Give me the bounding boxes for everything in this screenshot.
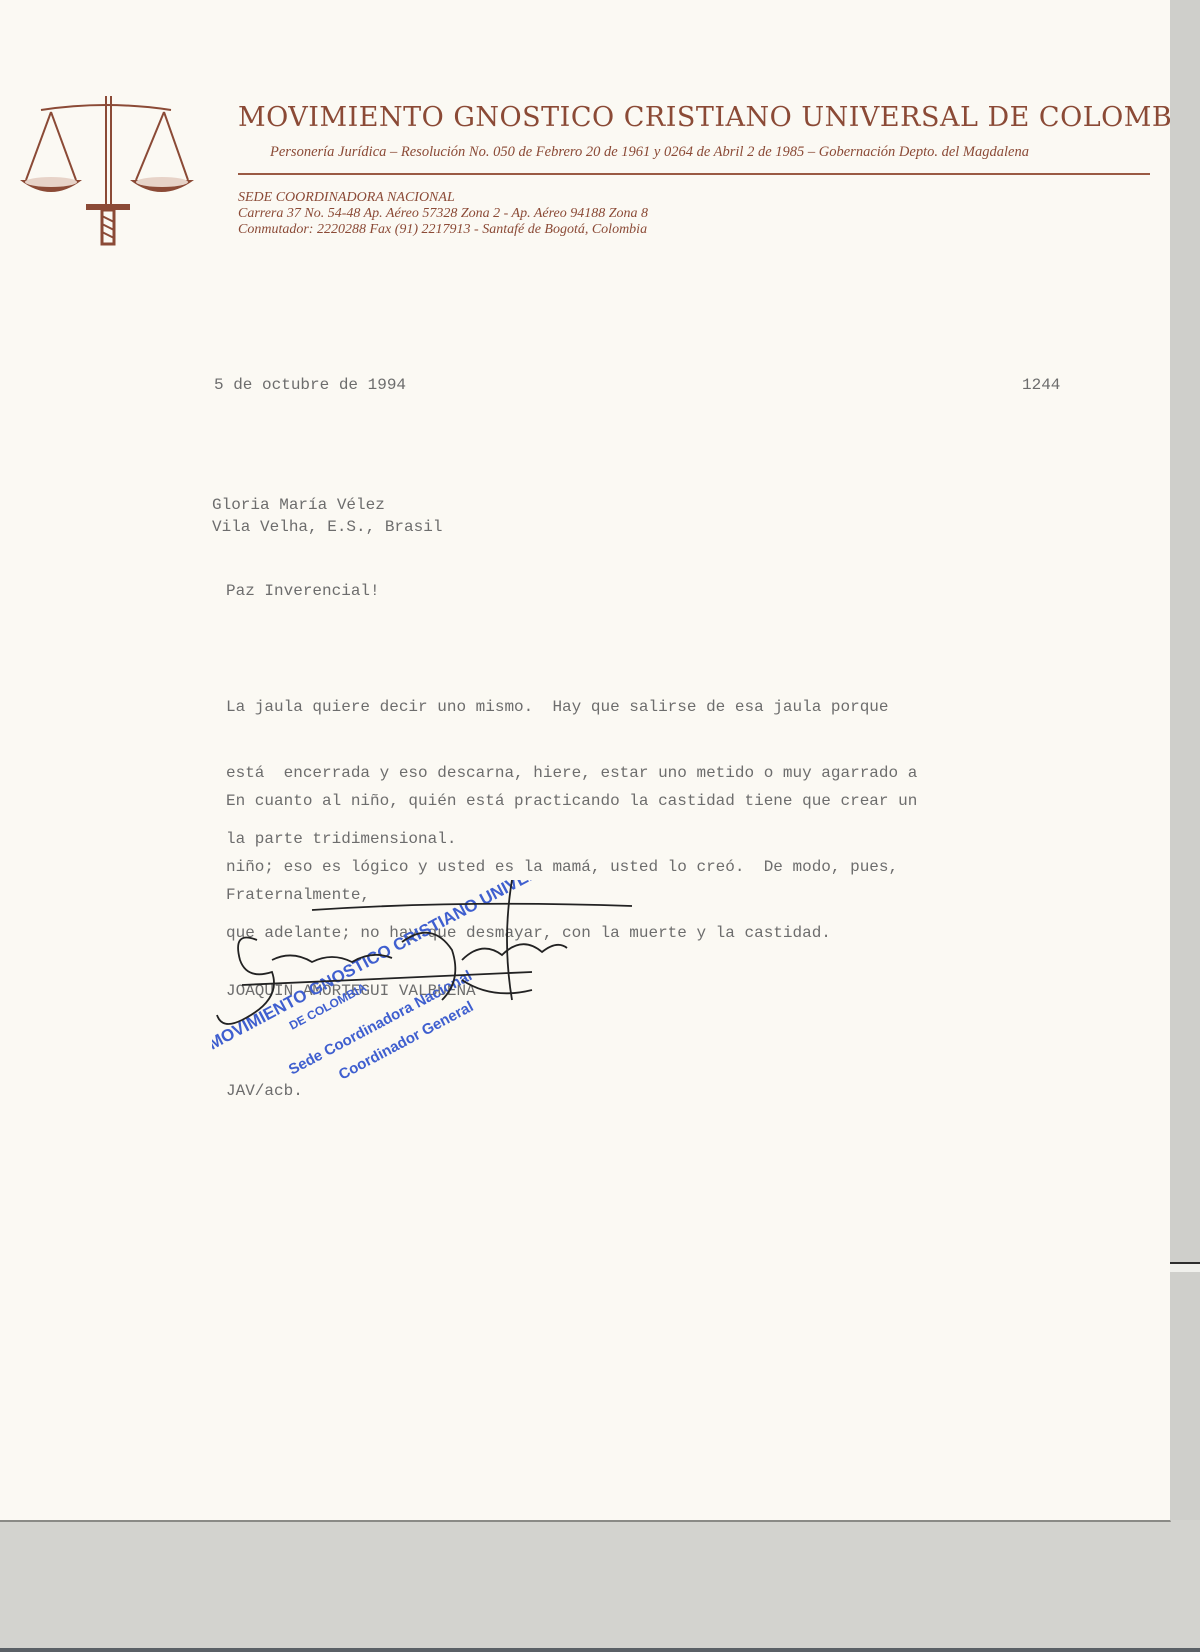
legal-registration-line: Personería Jurídica – Resolución No. 050… bbox=[270, 144, 1029, 161]
paragraph-line: La jaula quiere decir uno mismo. Hay que… bbox=[226, 696, 917, 718]
initials: JAV/acb. bbox=[226, 1080, 303, 1102]
stamp-line-4: Coordinador General bbox=[336, 998, 476, 1080]
greeting: Paz Inverencial! bbox=[226, 580, 380, 602]
recipient-name: Gloria María Vélez bbox=[212, 494, 385, 516]
organization-name: MOVIMIENTO GNOSTICO CRISTIANO UNIVERSAL … bbox=[238, 102, 1200, 133]
scan-margin bbox=[1170, 0, 1200, 1520]
paragraph-2: En cuanto al niño, quién está practicand… bbox=[226, 746, 917, 988]
scales-of-justice-icon bbox=[16, 92, 196, 252]
scanner-bottom-edge bbox=[0, 1648, 1200, 1652]
recipient-location: Vila Velha, E.S., Brasil bbox=[212, 516, 442, 538]
scan-edge-highlight bbox=[1170, 1264, 1200, 1272]
signer-name: JOAQUIN AMORTEGUI VALBUENA bbox=[226, 980, 476, 1002]
office-address-block: SEDE COORDINADORA NACIONAL Carrera 37 No… bbox=[238, 190, 648, 238]
paragraph-line: que adelante; no hay que desmayar, con l… bbox=[226, 922, 917, 944]
letterhead-divider bbox=[238, 173, 1150, 175]
letter-page: MOVIMIENTO GNOSTICO CRISTIANO UNIVERSAL … bbox=[0, 0, 1171, 1522]
paragraph-line: niño; eso es lógico y usted es la mamá, … bbox=[226, 856, 917, 878]
letter-date: 5 de octubre de 1994 bbox=[214, 374, 406, 396]
office-phone: Conmutador: 2220288 Fax (91) 2217913 - S… bbox=[238, 222, 648, 238]
office-address: Carrera 37 No. 54-48 Ap. Aéreo 57328 Zon… bbox=[238, 206, 648, 222]
office-title: SEDE COORDINADORA NACIONAL bbox=[238, 190, 648, 206]
closing: Fraternalmente, bbox=[226, 884, 370, 906]
paragraph-line: En cuanto al niño, quién está practicand… bbox=[226, 790, 917, 812]
reference-number: 1244 bbox=[1022, 374, 1060, 396]
